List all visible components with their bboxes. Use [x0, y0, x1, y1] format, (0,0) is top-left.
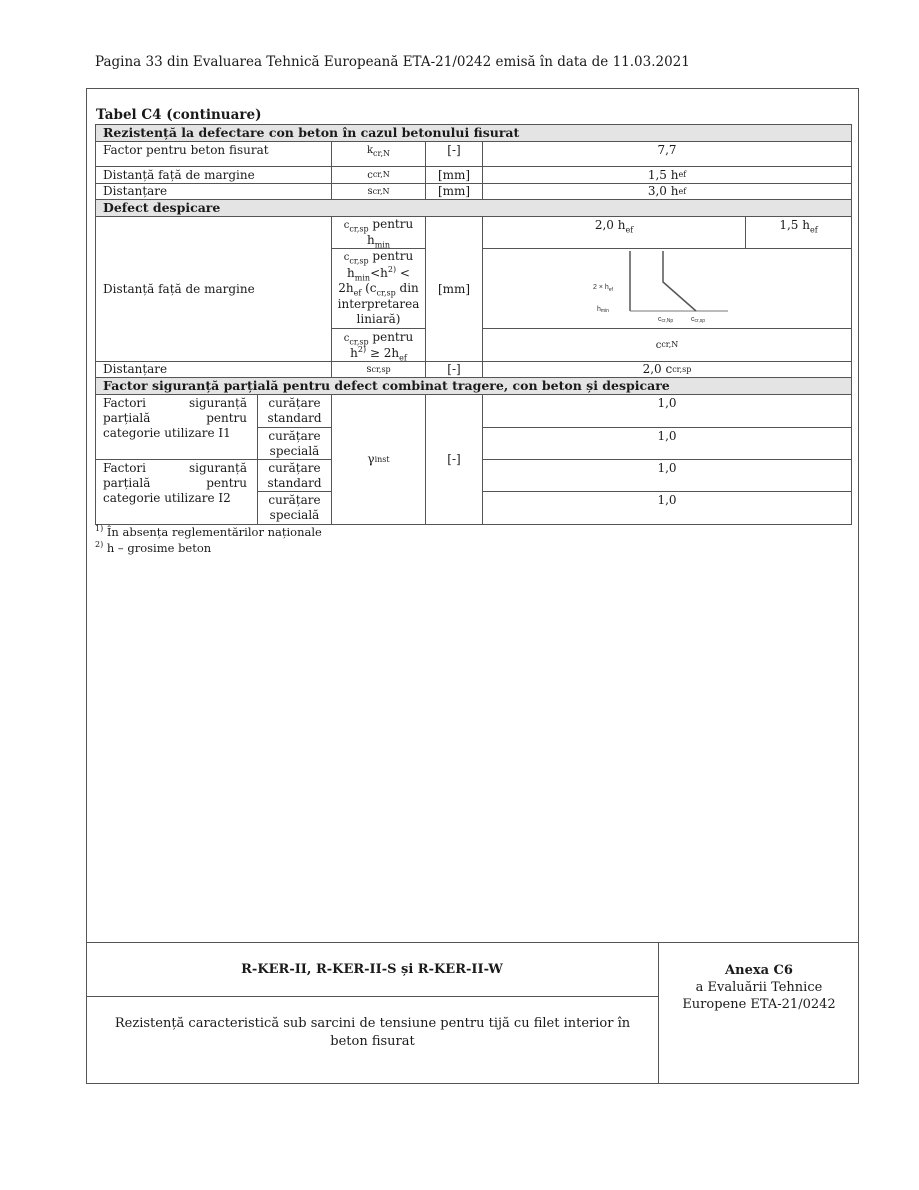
row-label-splitting-spacing: Distanțare — [95, 361, 332, 378]
cleaning-I1-standard: curățare standard — [257, 394, 332, 428]
value-scrsp: 2,0 ccr,sp — [482, 361, 852, 378]
section-safety-factor-header: Factor siguranță parțială pentru defect … — [95, 377, 852, 395]
row-label-splitting-edge-distance: Distanță față de margine — [95, 216, 332, 362]
svg-text:hmin: hmin — [597, 306, 609, 314]
annex-line-3: Europene ETA-21/0242 — [659, 996, 859, 1013]
value-kcrN: 7,7 — [482, 141, 852, 167]
symbol-scrsp: scr,sp — [331, 361, 426, 378]
page-header: Pagina 33 din Evaluarea Tehnică European… — [95, 54, 690, 70]
svg-text:ccr,sp: ccr,sp — [691, 316, 705, 324]
footer-description: Rezistență caracteristică sub sarcini de… — [100, 1015, 645, 1051]
annex-line-2: a Evaluării Tehnice — [659, 979, 859, 996]
row-label-crack-factor: Factor pentru beton fisurat — [95, 141, 332, 167]
value-ccrsp-hmin-a: 2,0 hef — [482, 216, 746, 249]
value-scrN: 3,0 hef — [482, 183, 852, 200]
value-ccrsp-hmin-b: 1,5 hef — [745, 216, 852, 249]
value-I2-standard: 1,0 — [482, 459, 852, 492]
unit-scrsp: [-] — [425, 361, 483, 378]
svg-text:2 × hef: 2 × hef — [593, 284, 614, 293]
footnote-2: 2) h – grosime beton — [95, 540, 322, 556]
value-ccrN: 1,5 hef — [482, 166, 852, 184]
annex-title: Anexa C6 — [659, 962, 859, 979]
symbol-kcrN: kcr,N — [331, 141, 426, 167]
table-title: Tabel C4 (continuare) — [96, 107, 261, 123]
unit-kcrN: [-] — [425, 141, 483, 167]
footer-inner-divider — [86, 996, 658, 997]
symbol-ccrsp-linear: ccr,sp pentru hmin<h2) < 2hef (ccr,sp di… — [331, 248, 426, 329]
footer-divider — [86, 942, 859, 943]
row-label-spacing: Distanțare — [95, 183, 332, 200]
unit-ccrN: [mm] — [425, 166, 483, 184]
symbol-ccrsp-hmin: ccr,sp pentru hmin — [331, 216, 426, 249]
symbol-ccrN: ccr,N — [331, 166, 426, 184]
cleaning-I2-standard: curățare standard — [257, 459, 332, 492]
unit-splitting-edge: [mm] — [425, 216, 483, 362]
value-ccrsp-h2hef: ccr,N — [482, 328, 852, 362]
value-I1-standard: 1,0 — [482, 394, 852, 428]
section-concrete-cone-header: Rezistență la defectare con beton în caz… — [95, 124, 852, 142]
section-splitting-header: Defect despicare — [95, 199, 852, 217]
symbol-gamma-inst: γinst — [331, 394, 426, 525]
symbol-scrN: scr,N — [331, 183, 426, 200]
unit-scrN: [mm] — [425, 183, 483, 200]
value-I2-special: 1,0 — [482, 491, 852, 525]
edge-distance-interpolation-graph: 2 × hef hmin ccr,Np ccr,sp — [483, 249, 851, 328]
symbol-ccrsp-h2hef: ccr,sp pentru h2) ≥ 2hef — [331, 328, 426, 362]
group-label-I2: Factori siguranță parțială pentru catego… — [95, 459, 258, 525]
svg-text:ccr,Np: ccr,Np — [658, 316, 673, 324]
footnote-1: 1) În absența reglementărilor naționale — [95, 524, 322, 540]
group-label-I1: Factori siguranță parțială pentru catego… — [95, 394, 258, 460]
row-label-edge-distance: Distanță față de margine — [95, 166, 332, 184]
splitting-edge-diagram: 2 × hef hmin ccr,Np ccr,sp — [482, 248, 852, 329]
cleaning-I1-special: curățare specială — [257, 427, 332, 460]
unit-gamma-inst: [-] — [425, 394, 483, 525]
footer-annex: Anexa C6 a Evaluării Tehnice Europene ET… — [659, 962, 859, 1013]
footer-product-title: R-KER-II, R-KER-II-S și R-KER-II-W — [86, 962, 658, 977]
footnotes: 1) În absența reglementărilor naționale … — [95, 524, 322, 556]
cleaning-I2-special: curățare specială — [257, 491, 332, 525]
value-I1-special: 1,0 — [482, 427, 852, 460]
